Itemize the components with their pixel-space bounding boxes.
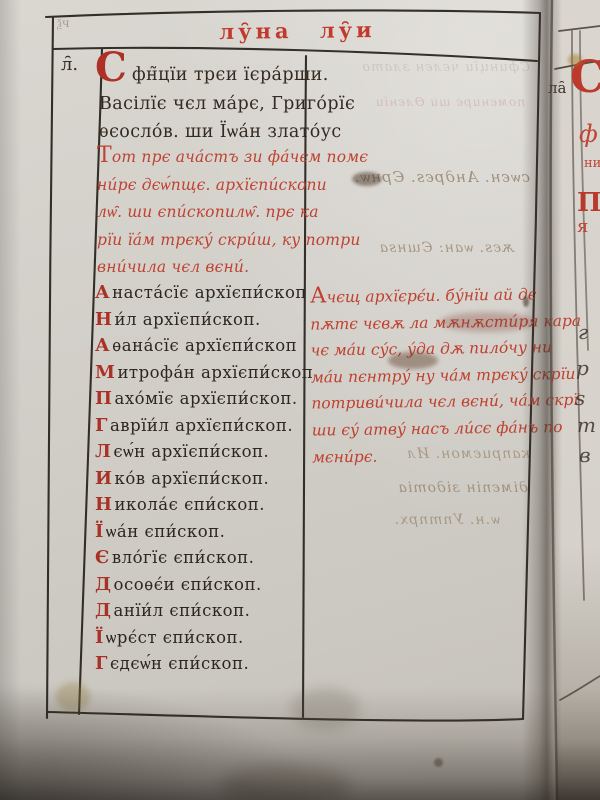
name-text: итрофа́н архїєпи́скоп bbox=[117, 363, 313, 382]
rubric-line: рїи їа́м трєку́ скри́ш, ку потри bbox=[97, 227, 315, 255]
rule-bottom bbox=[47, 712, 523, 721]
name-initial: Н bbox=[95, 494, 115, 515]
next-page-red-fragment: ни bbox=[584, 156, 600, 171]
name-row: Досоѳє́и єпи́скоп. bbox=[95, 572, 315, 599]
name-text: ѳана́сїє архїєпи́скоп bbox=[112, 336, 297, 355]
name-text: икола́є єпи́скоп. bbox=[115, 495, 266, 514]
bottom-shadow bbox=[0, 688, 600, 800]
rubric-line: ши єу́ атву́ насъ ли́сє фа́нъ по bbox=[312, 414, 536, 444]
name-text: ахо́мїє архїєпи́скоп. bbox=[115, 389, 298, 408]
name-text: анїи́л єпи́скоп. bbox=[114, 601, 251, 620]
hierarch-names-list: Анаста́сїє архїєпи́скоп Ни́л архїєпи́ско… bbox=[95, 280, 315, 678]
bleedthrough-text: каприємон. Ил bbox=[355, 446, 530, 462]
rubric-line: Тот прє ача́стъ зи фа́чєм помє bbox=[97, 142, 315, 172]
rubric-line: ма́и пєнтру́ ну ча́м трєку́ скрїи bbox=[311, 361, 535, 391]
rubric-line: пѫтє чєвѫ ла мѫнѫсти́ря кара bbox=[310, 308, 534, 338]
heading-line: Васілїє чєл ма́рє, Григо́рїє bbox=[99, 90, 311, 119]
next-page-day-number: ла̑ bbox=[548, 79, 566, 97]
name-row: Гєдєѡ́н єпи́скоп. bbox=[95, 651, 315, 678]
corner-shadow bbox=[0, 680, 320, 800]
name-text: єдєѡ́н єпи́скоп. bbox=[110, 654, 249, 673]
bleedthrough-text: Сфинцїи чєлєн злато bbox=[330, 60, 530, 75]
next-page-black-fragment: г bbox=[578, 320, 588, 344]
next-page-black-fragment: т bbox=[577, 413, 596, 437]
corner-folio-mark: ѯч bbox=[57, 16, 70, 31]
rule-left-vertical bbox=[47, 17, 53, 718]
paper-stain bbox=[290, 688, 360, 730]
name-row: Їѡрє́ст єпи́скоп. bbox=[95, 625, 315, 652]
bleedthrough-text: ѡ.н. Уптпрх. bbox=[350, 512, 500, 529]
rubric-line: ни́рє дєѡ́пщє. архїєпи́скопи bbox=[97, 172, 315, 200]
next-page-black-fragment: р bbox=[576, 356, 589, 380]
next-page-red-fragment: я bbox=[577, 216, 588, 237]
bleedthrough-text: сѡєн. Андрєѕ. Єрнѡ. bbox=[308, 168, 530, 187]
name-text: осоѳє́и єпи́скоп. bbox=[114, 575, 262, 594]
manuscript-page-photo: ѯч лу̑на лу̑и л̑. С фн̃цїи трєи їєра́рши… bbox=[0, 0, 600, 800]
name-initial: П bbox=[95, 388, 115, 409]
left-column-heading: фн̃цїи трєи їєра́рши. Васілїє чєл ма́рє,… bbox=[99, 61, 311, 147]
rule-top bbox=[46, 10, 540, 17]
name-row: Гаврїи́л архїєпи́скоп. bbox=[95, 413, 315, 440]
name-initial: Є bbox=[95, 547, 112, 568]
name-row: Ни́л архїєпи́скоп. bbox=[95, 307, 315, 334]
right-column-rubric: Ачєщ архїєрє́и. бу́нїи ай дє пѫтє чєвѫ л… bbox=[310, 280, 537, 470]
rubric-line: Ачєщ архїєрє́и. бу́нїи ай дє bbox=[310, 280, 534, 311]
name-row: Їѡа́н єпи́скоп. bbox=[95, 519, 315, 546]
next-page-red-fragment: ф bbox=[579, 120, 598, 148]
name-text: ѡрє́ст єпи́скоп. bbox=[106, 628, 244, 647]
name-text: наста́сїє архїєпи́скоп bbox=[112, 283, 307, 302]
paper-stain bbox=[434, 758, 443, 767]
rubric-line: лѡ̑. ши єпи́скопилѡ̑. прє ка bbox=[97, 199, 315, 227]
name-initial: Л bbox=[95, 441, 113, 462]
name-row: Ико́в архїєпи́скоп. bbox=[95, 466, 315, 493]
name-row: Євло́гїє єпи́скоп. bbox=[95, 545, 315, 572]
paper-stain bbox=[56, 682, 90, 712]
name-initial: М bbox=[95, 362, 117, 383]
name-initial: А bbox=[95, 335, 112, 356]
name-initial: А bbox=[95, 282, 112, 303]
name-row: Лєѡ́н архїєпи́скоп. bbox=[95, 439, 315, 466]
paper-stain bbox=[220, 765, 350, 800]
rubric-line: чє ма́и су́с, у́да дѫ пило́чу ни bbox=[310, 335, 534, 365]
name-initial: Ї bbox=[95, 627, 106, 648]
name-initial: И bbox=[95, 468, 115, 489]
next-page-black-fragment: в bbox=[579, 443, 591, 467]
name-row: Митрофа́н архїєпи́скоп bbox=[95, 360, 315, 387]
heading-line: фн̃цїи трєи їєра́рши. bbox=[99, 61, 311, 90]
name-row: Анаста́сїє архїєпи́скоп bbox=[95, 280, 315, 307]
page-title: лу̑на лу̑и bbox=[200, 17, 395, 44]
name-initial: Ї bbox=[95, 521, 106, 542]
next-page-red-fragment: П bbox=[577, 188, 600, 218]
day-number: л̑. bbox=[61, 54, 78, 75]
name-text: ко́в архїєпи́скоп. bbox=[115, 469, 270, 488]
name-row: Данїи́л єпи́скоп. bbox=[95, 598, 315, 625]
name-row: Пахо́мїє архїєпи́скоп. bbox=[95, 386, 315, 413]
left-column-rubric: Тот прє ача́стъ зи фа́чєм помє ни́рє дєѡ… bbox=[97, 142, 315, 282]
name-initial: Г bbox=[95, 415, 110, 436]
bleedthrough-text: ѫєѕ. ѡан: Єшнѕа bbox=[330, 240, 515, 257]
rubric-line: потриви́чила чєл вєни́, ча́м скрї bbox=[311, 388, 535, 418]
name-text: єѡ́н архїєпи́скоп. bbox=[113, 442, 269, 461]
name-row: Аѳана́сїє архїєпи́скоп bbox=[95, 333, 315, 360]
bleedthrough-text: дімєпін зідотіа bbox=[338, 480, 528, 496]
name-text: и́л архїєпи́скоп. bbox=[115, 310, 261, 329]
rubric-line: вни́чила чєл вєни́. bbox=[97, 254, 315, 282]
next-page-black-fragment: ѕ bbox=[575, 386, 585, 410]
name-initial: Д bbox=[95, 574, 114, 595]
name-text: аврїи́л архїєпи́скоп. bbox=[110, 416, 293, 435]
name-text: ѡа́н єпи́скоп. bbox=[106, 522, 226, 541]
bleedthrough-text: помєнирє ши Ѳлєнїи bbox=[335, 95, 525, 109]
next-page-initial-letter: С bbox=[570, 56, 600, 100]
name-row: Никола́є єпи́скоп. bbox=[95, 492, 315, 519]
name-text: вло́гїє єпи́скоп. bbox=[112, 548, 255, 567]
name-initial: Д bbox=[95, 600, 114, 621]
name-initial: Н bbox=[95, 309, 115, 330]
name-initial: Г bbox=[95, 653, 110, 674]
